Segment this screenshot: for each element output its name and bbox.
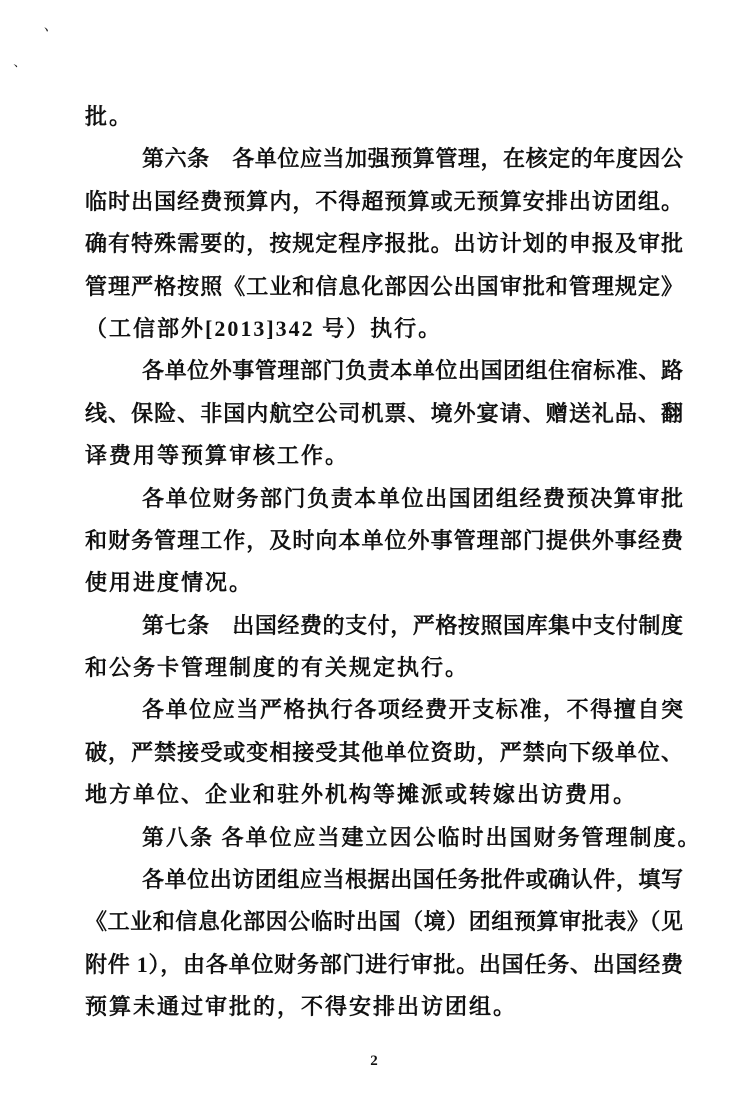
text-line: 各单位应当严格执行各项经费开支标准，不得擅自突 — [85, 689, 683, 731]
text-line: 批。 — [85, 96, 683, 138]
text-line: 破，严禁接受或变相接受其他单位资助，严禁向下级单位、 — [85, 732, 683, 774]
text-line: 使用进度情况。 — [85, 562, 683, 604]
document-page: 、 、 批。 第六条 各单位应当加强预算管理，在核定的年度因公 临时出国经费预算… — [0, 0, 748, 1113]
page-number: 2 — [0, 1053, 748, 1070]
text-line: 线、保险、非国内航空公司机票、境外宴请、赠送礼品、翻 — [85, 393, 683, 435]
ink-speck: 、 — [13, 55, 27, 69]
text-line: 各单位财务部门负责本单位出国团组经费预决算审批 — [85, 478, 683, 520]
text-line: 第六条 各单位应当加强预算管理，在核定的年度因公 — [85, 138, 683, 180]
text-line: 译费用等预算审核工作。 — [85, 435, 683, 477]
document-body: 批。 第六条 各单位应当加强预算管理，在核定的年度因公 临时出国经费预算内，不得… — [85, 96, 683, 1029]
text-line: 各单位出访团组应当根据出国任务批件或确认件，填写 — [85, 859, 683, 901]
text-line: 预算未通过审批的，不得安排出访团组。 — [85, 986, 683, 1028]
text-line: 各单位外事管理部门负责本单位出国团组住宿标准、路 — [85, 350, 683, 392]
text-line: 《工业和信息化部因公临时出国（境）团组预算审批表》（见 — [85, 901, 683, 943]
text-line: 管理严格按照《工业和信息化部因公出国审批和管理规定》 — [85, 266, 683, 308]
text-line: 地方单位、企业和驻外机构等摊派或转嫁出访费用。 — [85, 774, 683, 816]
text-line: （工信部外[2013]342 号）执行。 — [85, 308, 683, 350]
ink-speck: 、 — [43, 19, 60, 36]
text-line: 临时出国经费预算内，不得超预算或无预算安排出访团组。 — [85, 181, 683, 223]
text-line: 第八条 各单位应当建立因公临时出国财务管理制度。 — [85, 817, 683, 859]
text-line: 和财务管理工作，及时向本单位外事管理部门提供外事经费 — [85, 520, 683, 562]
text-line: 第七条 出国经费的支付，严格按照国库集中支付制度 — [85, 605, 683, 647]
text-line: 和公务卡管理制度的有关规定执行。 — [85, 647, 683, 689]
text-line: 附件 1），由各单位财务部门进行审批。出国任务、出国经费 — [85, 944, 683, 986]
text-line: 确有特殊需要的，按规定程序报批。出访计划的申报及审批 — [85, 223, 683, 265]
